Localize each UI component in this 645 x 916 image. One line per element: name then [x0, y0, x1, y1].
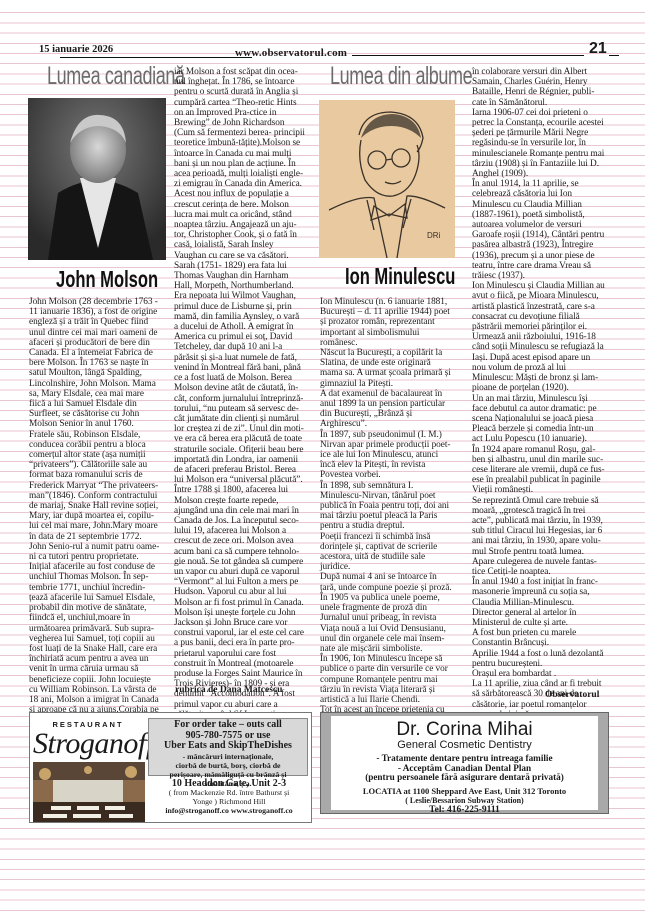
issue-date: 15 ianuarie 2026	[39, 44, 113, 55]
section-title-lumea-canadiana: Lumea canadiană	[47, 62, 185, 91]
menu-line-1: - mâncăruri internaționale,	[149, 753, 307, 761]
order-line-1: For order take – outs call	[149, 720, 307, 731]
sketch-ion-minulescu: DRi	[319, 100, 455, 258]
page-number: 21	[589, 40, 607, 58]
dentist-service-3: (pentru persoanele fără asigurare dentar…	[331, 773, 598, 783]
article-column-minulescu-2: în colaborare versuri din Albert Samain,…	[472, 67, 632, 720]
site-url[interactable]: www.observatorul.com	[235, 47, 347, 59]
portrait-john-molson	[28, 98, 166, 260]
ad-dentist-corina-mihai[interactable]: Dr. Corina Mihai General Cosmetic Dentis…	[320, 712, 609, 814]
menu-line-2: ciorbă de burtă, borș, ciorbă de	[149, 762, 307, 770]
dentist-location: LOCATIA at 1100 Sheppard Ave East, Unit …	[331, 786, 598, 796]
page-header: 15 ianuarie 2026 www.observatorul.com 21	[30, 44, 620, 60]
portrait-image	[28, 98, 166, 260]
caption-ion-minulescu: Ion Minulescu	[345, 263, 455, 290]
sketch-image: DRi	[319, 100, 455, 258]
order-delivery-apps: Uber Eats and SkipTheDishes	[149, 741, 307, 752]
dentist-specialty: General Cosmetic Dentistry	[331, 740, 598, 751]
dentist-name: Dr. Corina Mihai	[331, 720, 598, 740]
restaurant-address: 10 Headdon Gate, Unit 2-3 ( from Mackenz…	[146, 778, 312, 815]
caption-john-molson: John Molson	[56, 266, 158, 293]
article-column-molson-2: iar Molson a fost scăpat din ocea- nul î…	[174, 67, 314, 720]
restaurant-contact[interactable]: info@stroganoff.co www.stroganoff.co	[146, 806, 312, 815]
byline-dana-matcescu: rubrică de Dana Matcescu	[175, 685, 282, 695]
article-column-molson-1: John Molson (28 decembrie 1763 - 11 ianu…	[29, 297, 169, 726]
dentist-phone[interactable]: Tel: 416-225-9111	[331, 805, 598, 816]
dentist-subway-station: ( Leslie/Bessarion Subway Station)	[331, 796, 598, 806]
article-column-minulescu-1: Ion Minulescu (n. 6 ianuarie 1881, Bucur…	[320, 297, 468, 726]
address-directions-2: Yonge ) Richmond Hill	[146, 798, 312, 807]
byline-observatorul: Observatorul	[545, 690, 599, 700]
stroganoff-logo: Stroganoff	[33, 727, 147, 761]
restaurant-interior-photo	[33, 762, 145, 822]
header-rule	[352, 55, 584, 56]
header-rule	[60, 57, 252, 58]
sketch-signature: DRi	[427, 231, 441, 240]
section-title-lumea-din-albume: Lumea din albume	[330, 62, 472, 91]
header-rule	[609, 55, 619, 56]
ad-restaurant-stroganoff[interactable]: RESTAURANT Stroganoff For order take – o…	[29, 712, 312, 823]
ad-dentist-inner: Dr. Corina Mihai General Cosmetic Dentis…	[331, 716, 598, 810]
takeout-info-box: For order take – outs call 905-780-7575 …	[148, 718, 308, 776]
